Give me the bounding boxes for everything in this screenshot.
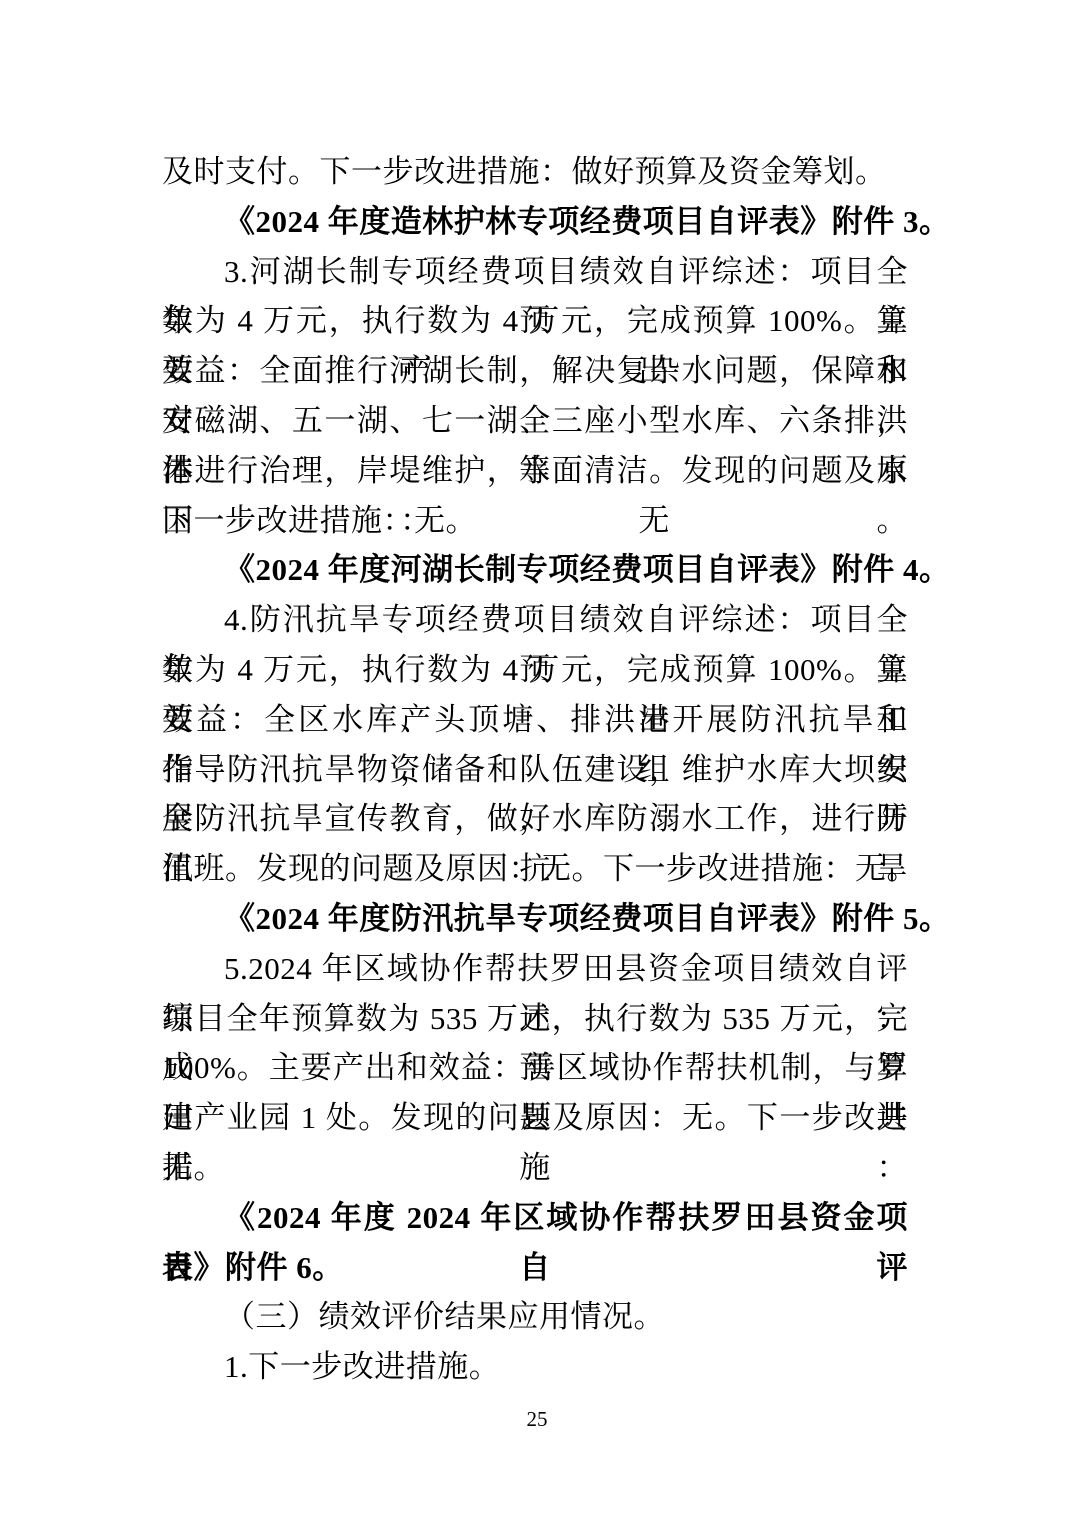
line-12-paragraph-body: 效益：全区水库、头顶塘、排洪港开展防汛抗旱工作，组织 xyxy=(162,695,908,745)
line-10-paragraph-start: 4.防汛抗旱专项经费项目绩效自评综述：项目全年预算 xyxy=(162,595,908,645)
line-24-section-heading: （三）绩效评价结果应用情况。 xyxy=(162,1292,908,1342)
line-14-paragraph-body: 展防汛抗旱宣传教育，做好水库防溺水工作，进行防汛抗旱 xyxy=(162,794,908,844)
line-02-attachment-heading: 《2024 年度造林护林专项经费项目自评表》附件 3。 xyxy=(162,197,908,247)
page-number: 25 xyxy=(0,1404,1074,1434)
line-15-paragraph-end: 值班。发现的问题及原因：无。下一步改进措施：无。 xyxy=(162,844,908,894)
line-04-paragraph-body: 数为 4 万元，执行数为 4 万元，完成预算 100%。主要产出和 xyxy=(162,296,908,346)
line-09-attachment-heading: 《2024 年度河湖长制专项经费项目自评表》附件 4。 xyxy=(162,545,908,595)
line-01-paragraph-end: 及时支付。下一步改进措施：做好预算及资金筹划。 xyxy=(162,147,908,197)
line-25-list-item: 1.下一步改进措施。 xyxy=(162,1342,908,1392)
document-text-block: 及时支付。下一步改进措施：做好预算及资金筹划。 《2024 年度造林护林专项经费… xyxy=(162,147,908,1392)
line-22-attachment-heading: 《2024 年度 2024 年区域协作帮扶罗田县资金项目自评 xyxy=(162,1193,908,1243)
line-20-paragraph-body: 建产业园 1 处。发现的问题及原因：无。下一步改进措施： xyxy=(162,1093,908,1143)
line-16-attachment-heading: 《2024 年度防汛抗旱专项经费项目自评表》附件 5。 xyxy=(162,894,908,944)
line-13-paragraph-body: 指导防汛抗旱物资储备和队伍建设，维护水库大坝安全，开 xyxy=(162,745,908,795)
line-11-paragraph-body: 数为 4 万元，执行数为 4 万元，完成预算 100%。主要产出和 xyxy=(162,645,908,695)
line-07-paragraph-body: 体进行治理，岸堤维护，水面清洁。发现的问题及原因：无。 xyxy=(162,446,908,496)
line-17-paragraph-start: 5.2024 年区域协作帮扶罗田县资金项目绩效自评综述： xyxy=(162,944,908,994)
document-page: 及时支付。下一步改进措施：做好预算及资金筹划。 《2024 年度造林护林专项经费… xyxy=(0,0,1074,1520)
line-19-paragraph-body: 100%。主要产出和效益：善区域协作帮扶机制，与罗田县共 xyxy=(162,1043,908,1093)
line-05-paragraph-body: 效益：全面推行河湖长制，解决复杂水问题，保障水安全， xyxy=(162,346,908,396)
line-03-paragraph-start: 3.河湖长制专项经费项目绩效自评综述：项目全年预算 xyxy=(162,247,908,297)
line-06-paragraph-body: 对磁湖、五一湖、七一湖、三座小型水库、六条排洪港等水 xyxy=(162,396,908,446)
line-18-paragraph-body: 项目全年预算数为 535 万元，执行数为 535 万元，完成预算 xyxy=(162,994,908,1044)
